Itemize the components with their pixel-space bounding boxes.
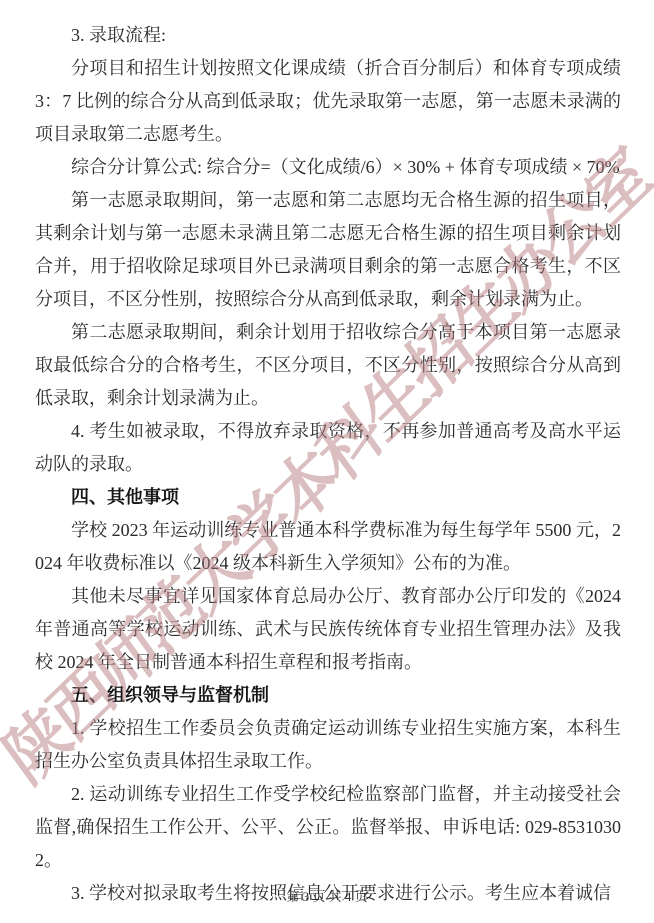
paragraph: 其他未尽事宜详见国家体育总局办公厅、教育部办公厅印发的《2024 年普通高等学校… [35,580,621,679]
document-page: 陕西师范大学本科生招生办公室 3. 录取流程:分项目和招生计划按照文化课成绩（折… [0,0,654,923]
paragraph: 分项目和招生计划按照文化课成绩（折合百分制后）和体育专项成绩 3：7 比例的综合… [35,52,621,151]
document-body: 3. 录取流程:分项目和招生计划按照文化课成绩（折合百分制后）和体育专项成绩 3… [35,19,621,910]
section-heading: 五、组织领导与监督机制 [35,679,621,712]
paragraph: 3. 录取流程: [35,19,621,52]
paragraph: 2. 运动训练专业招生工作受学校纪检监察部门监督，并主动接受社会监督,确保招生工… [35,778,621,877]
page-footer: 第 3 页 共 4 页 [0,886,654,905]
paragraph: 4. 考生如被录取，不得放弃录取资格，不再参加普通高考及高水平运动队的录取。 [35,415,621,481]
section-heading: 四、其他事项 [35,481,621,514]
paragraph: 1. 学校招生工作委员会负责确定运动训练专业招生实施方案，本科生招生办公室负责具… [35,712,621,778]
paragraph: 学校 2023 年运动训练专业普通本科学费标准为每生每学年 5500 元，202… [35,514,621,580]
paragraph: 综合分计算公式: 综合分=（文化成绩/6）× 30% + 体育专项成绩 × 70… [35,151,621,184]
paragraph: 第一志愿录取期间，第一志愿和第二志愿均无合格生源的招生项目，其剩余计划与第一志愿… [35,184,621,316]
paragraph: 第二志愿录取期间，剩余计划用于招收综合分高于本项目第一志愿录取最低综合分的合格考… [35,316,621,415]
